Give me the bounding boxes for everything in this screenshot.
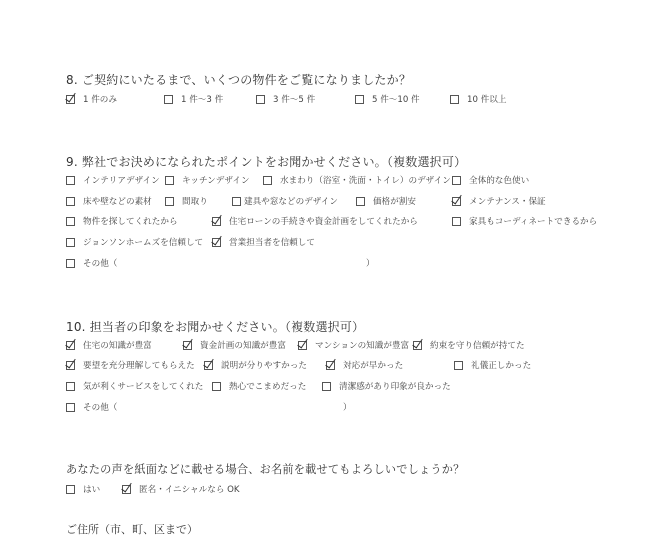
q9-option-layout[interactable]: 間取り <box>165 194 208 208</box>
checkbox-icon[interactable] <box>66 217 75 226</box>
checkbox-icon[interactable] <box>452 176 461 185</box>
checkbox-checked-icon[interactable] <box>66 95 75 104</box>
checkbox-checked-icon[interactable] <box>183 341 192 350</box>
q10-option-trustworthy[interactable]: 約束を守り信頼が持てた <box>413 338 525 352</box>
checkbox-icon[interactable] <box>450 95 459 104</box>
checkbox-icon[interactable] <box>355 95 364 104</box>
q10-option-understood[interactable]: 要望を充分理解してもらえた <box>66 358 195 372</box>
q8-option-2[interactable]: 1 件～3 件 <box>164 92 223 106</box>
checkbox-icon[interactable] <box>454 361 463 370</box>
q8-option-3[interactable]: 3 件～5 件 <box>256 92 315 106</box>
q8-option-1[interactable]: 1 件のみ <box>66 92 117 106</box>
q9-other-close-paren: ） <box>366 257 375 269</box>
question-10-title: 10. 担当者の印象をお聞かせください。（複数選択可） <box>66 318 364 335</box>
checkbox-checked-icon[interactable] <box>326 361 335 370</box>
q10-option-clean-impression[interactable]: 清潔感があり印象が良かった <box>322 379 451 393</box>
q10-option-clear-explanation[interactable]: 説明が分りやすかった <box>204 358 307 372</box>
checkbox-icon[interactable] <box>66 382 75 391</box>
q8-option-4[interactable]: 5 件～10 件 <box>355 92 420 106</box>
voice-question-title: あなたの声を紙面などに載せる場合、お名前を載せてもよろしいでしょうか？ <box>66 461 465 477</box>
q9-option-loan[interactable]: 住宅ローンの手続きや資金計画をしてくれたから <box>212 214 418 228</box>
checkbox-icon[interactable] <box>66 485 75 494</box>
q10-option-quick-response[interactable]: 対応が早かった <box>326 358 403 372</box>
q10-option-attentive-service[interactable]: 気が利くサービスをしてくれた <box>66 379 203 393</box>
question-9-title: 9. 弊社でお決めになられたポイントをお聞かせください。（複数選択可） <box>66 153 466 170</box>
q10-option-finance-knowledge[interactable]: 資金計画の知識が豊富 <box>183 338 286 352</box>
q8-option-5[interactable]: 10 件以上 <box>450 92 506 106</box>
q9-option-trust-company[interactable]: ジョンソンホームズを信頼して <box>66 235 203 249</box>
q10-option-other[interactable]: その他（ <box>66 400 117 414</box>
checkbox-icon[interactable] <box>66 259 75 268</box>
checkbox-checked-icon[interactable] <box>66 361 75 370</box>
q9-option-material[interactable]: 床や壁などの素材 <box>66 194 152 208</box>
checkbox-checked-icon[interactable] <box>298 341 307 350</box>
checkbox-checked-icon[interactable] <box>66 341 75 350</box>
address-label: ご住所（市、町、区まで） <box>66 521 198 537</box>
checkbox-icon[interactable] <box>322 382 331 391</box>
q9-option-fittings[interactable]: 建具や窓などのデザイン <box>232 194 338 208</box>
q9-option-furniture[interactable]: 家具もコーディネートできるから <box>452 214 597 228</box>
q10-option-diligent[interactable]: 熱心でこまめだった <box>212 379 306 393</box>
q9-option-trust-sales[interactable]: 営業担当者を信頼して <box>212 235 315 249</box>
checkbox-icon[interactable] <box>452 217 461 226</box>
voice-option-anonymous[interactable]: 匿名・イニシャルなら OK <box>122 482 240 496</box>
checkbox-icon[interactable] <box>232 197 241 206</box>
checkbox-icon[interactable] <box>356 197 365 206</box>
checkbox-checked-icon[interactable] <box>413 341 422 350</box>
checkbox-icon[interactable] <box>164 95 173 104</box>
q9-option-other[interactable]: その他（ <box>66 256 117 270</box>
checkbox-checked-icon[interactable] <box>212 217 221 226</box>
q9-option-search[interactable]: 物件を探してくれたから <box>66 214 178 228</box>
checkbox-checked-icon[interactable] <box>122 485 131 494</box>
checkbox-icon[interactable] <box>263 176 272 185</box>
checkbox-icon[interactable] <box>66 176 75 185</box>
checkbox-icon[interactable] <box>66 238 75 247</box>
q9-option-kitchen[interactable]: キッチンデザイン <box>165 173 250 187</box>
q10-other-close-paren: ） <box>343 401 352 413</box>
checkbox-icon[interactable] <box>212 382 221 391</box>
voice-option-yes[interactable]: はい <box>66 482 100 496</box>
checkbox-icon[interactable] <box>165 176 174 185</box>
q9-option-color[interactable]: 全体的な色使い <box>452 173 529 187</box>
q10-option-housing-knowledge[interactable]: 住宅の知識が豊富 <box>66 338 152 352</box>
question-8-title: 8. ご契約にいたるまで、いくつの物件をご覧になりましたか？ <box>66 71 411 88</box>
checkbox-icon[interactable] <box>66 197 75 206</box>
q9-option-water[interactable]: 水まわり（浴室・洗面・トイレ）のデザイン <box>263 173 451 187</box>
q9-option-interior[interactable]: インテリアデザイン <box>66 173 160 187</box>
checkbox-icon[interactable] <box>66 403 75 412</box>
q10-option-condo-knowledge[interactable]: マンションの知識が豊富 <box>298 338 409 352</box>
checkbox-icon[interactable] <box>165 197 174 206</box>
q10-option-polite[interactable]: 礼儀正しかった <box>454 358 531 372</box>
checkbox-checked-icon[interactable] <box>212 238 221 247</box>
checkbox-checked-icon[interactable] <box>204 361 213 370</box>
q9-option-maintenance[interactable]: メンテナンス・保証 <box>452 194 546 208</box>
checkbox-icon[interactable] <box>256 95 265 104</box>
checkbox-checked-icon[interactable] <box>452 197 461 206</box>
q9-option-price[interactable]: 価格が割安 <box>356 194 416 208</box>
